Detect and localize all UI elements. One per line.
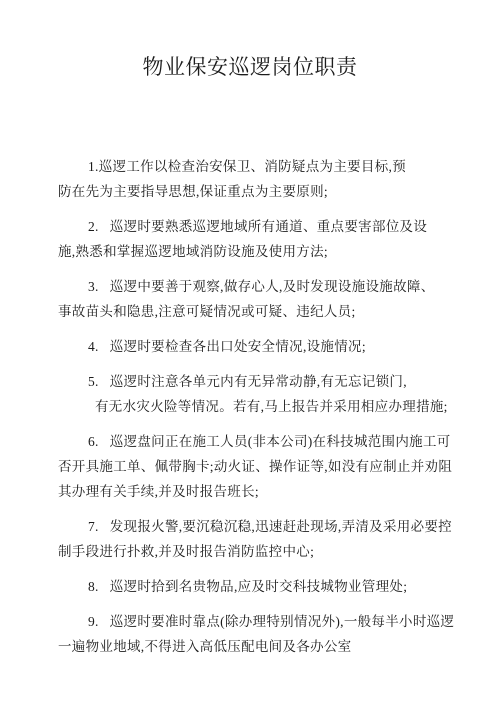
text-line: 一遍物业地域,不得进入高低压配电间及各办公室	[58, 634, 450, 659]
paragraph: 5. 巡逻时注意各单元内有无异常动静,有无忘记锁门,有无水灾火险等情况。若有,马…	[58, 369, 450, 419]
paragraph: 6. 巡逻盘问正在施工人员(非本公司)在科技城范围内施工可否开具施工单、佩带胸卡…	[58, 429, 450, 504]
paragraph: 8. 巡逻时拾到名贵物品,应及时交科技城物业管理处;	[58, 574, 450, 599]
text-line: 防在先为主要指导思想,保证重点为主要原则;	[58, 179, 450, 204]
text-line: 否开具施工单、佩带胸卡;动火证、操作证等,如没有应制止并劝阻	[58, 454, 450, 479]
paragraph: 7. 发现报火警,要沉稳沉稳,迅速赶赴现场,弄清及采用必要控制手段进行扑救,并及…	[58, 514, 450, 564]
paragraph: 4. 巡逻时要检查各出口处安全情况,设施情况;	[58, 334, 450, 359]
text-line: 事故苗头和隐患,注意可疑情况或可疑、违纪人员;	[58, 299, 450, 324]
text-line: 1.巡逻工作以检查治安保卫、消防疑点为主要目标,预	[58, 154, 450, 179]
text-line: 9. 巡逻时要准时靠点(除办理特别情况外),一般每半小时巡逻	[58, 609, 450, 634]
document-page: 物业保安巡逻岗位职责 1.巡逻工作以检查治安保卫、消防疑点为主要目标,预防在先为…	[0, 0, 500, 708]
paragraph: 2. 巡逻时要熟悉巡逻地域所有通道、重点要害部位及设施,熟悉和掌握巡逻地域消防设…	[58, 214, 450, 264]
paragraph: 9. 巡逻时要准时靠点(除办理特别情况外),一般每半小时巡逻一遍物业地域,不得进…	[58, 609, 450, 659]
text-line: 6. 巡逻盘问正在施工人员(非本公司)在科技城范围内施工可	[58, 429, 450, 454]
text-line: 8. 巡逻时拾到名贵物品,应及时交科技城物业管理处;	[58, 574, 450, 599]
paragraph: 3. 巡逻中要善于观察,做存心人,及时发现设施设施故障、事故苗头和隐患,注意可疑…	[58, 274, 450, 324]
paragraph: 1.巡逻工作以检查治安保卫、消防疑点为主要目标,预防在先为主要指导思想,保证重点…	[58, 154, 450, 204]
text-line: 4. 巡逻时要检查各出口处安全情况,设施情况;	[58, 334, 450, 359]
text-line: 施,熟悉和掌握巡逻地域消防设施及使用方法;	[58, 239, 450, 264]
text-line: 7. 发现报火警,要沉稳沉稳,迅速赶赴现场,弄清及采用必要控	[58, 514, 450, 539]
document-title: 物业保安巡逻岗位职责	[0, 0, 500, 82]
text-line: 其办理有关手续,并及时报告班长;	[58, 479, 450, 504]
document-body: 1.巡逻工作以检查治安保卫、消防疑点为主要目标,预防在先为主要指导思想,保证重点…	[0, 154, 500, 659]
text-line: 有无水灾火险等情况。若有,马上报告并采用相应办理措施;	[58, 394, 450, 419]
text-line: 5. 巡逻时注意各单元内有无异常动静,有无忘记锁门,	[58, 369, 450, 394]
text-line: 3. 巡逻中要善于观察,做存心人,及时发现设施设施故障、	[58, 274, 450, 299]
text-line: 2. 巡逻时要熟悉巡逻地域所有通道、重点要害部位及设	[58, 214, 450, 239]
text-line: 制手段进行扑救,并及时报告消防监控中心;	[58, 539, 450, 564]
